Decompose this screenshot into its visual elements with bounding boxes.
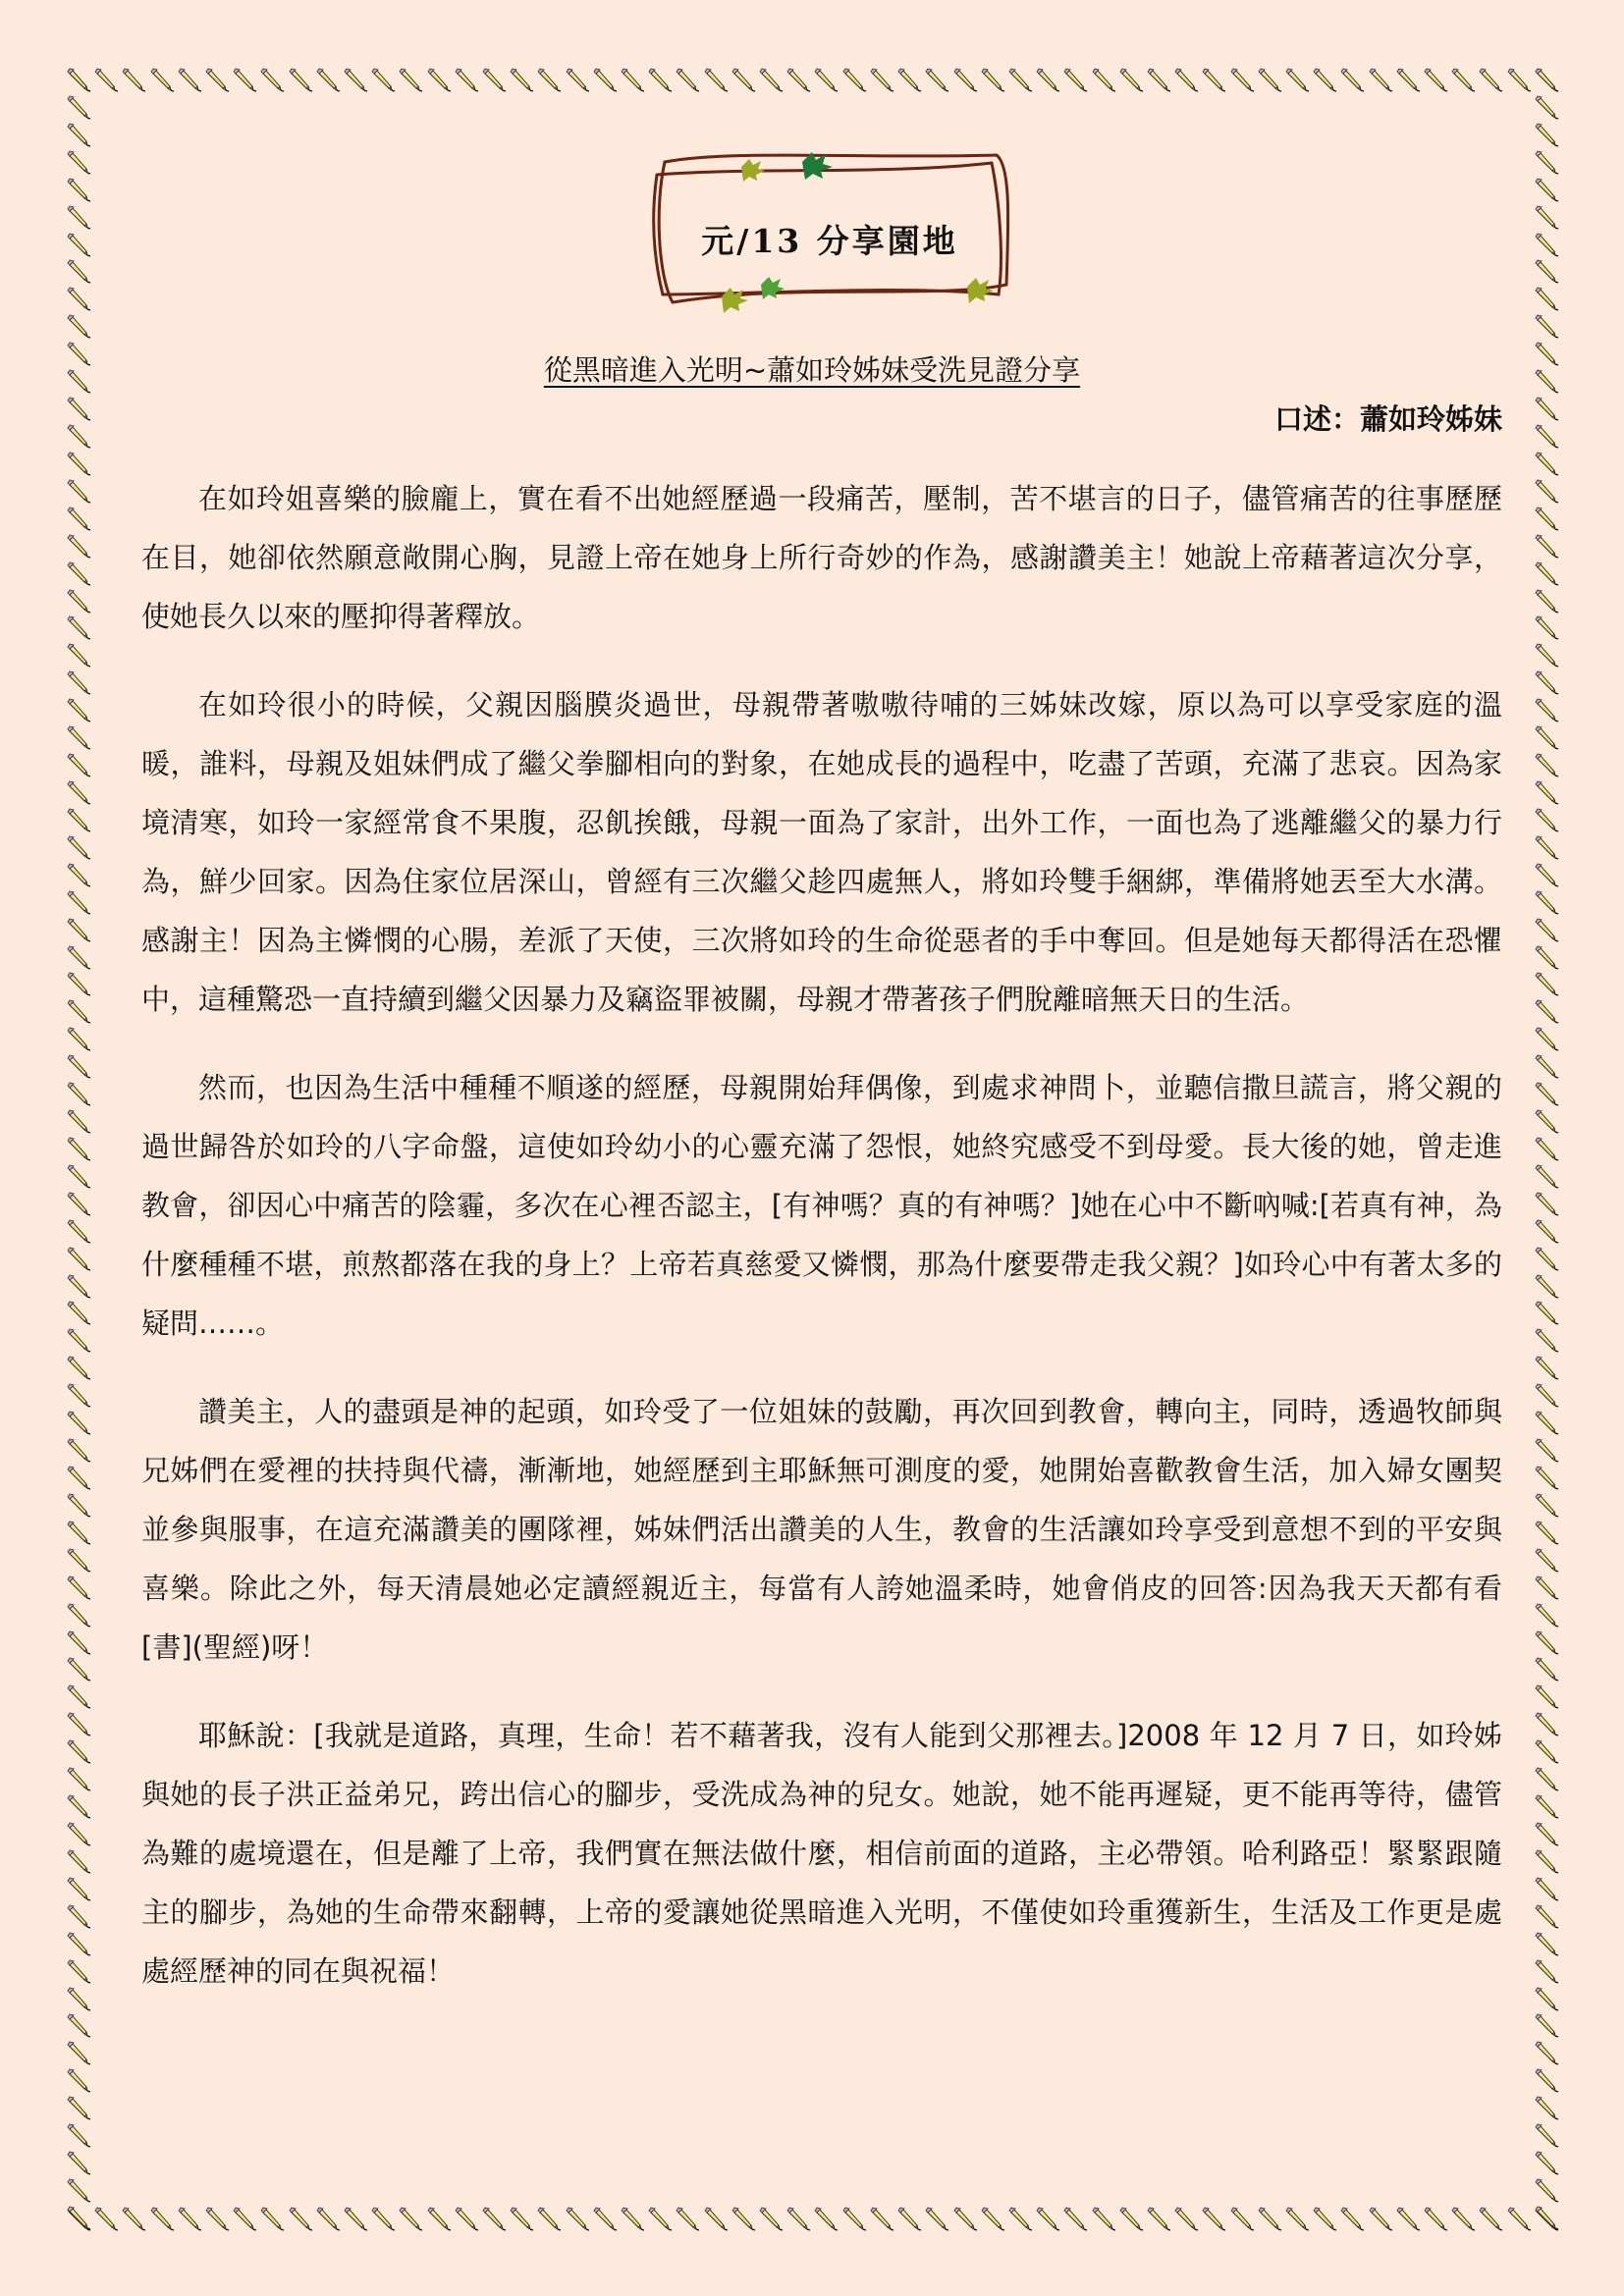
pencil-icon	[565, 2206, 590, 2231]
pencil-icon	[66, 1191, 91, 1216]
pencil-icon	[66, 1903, 91, 1929]
article-title: 從黑暗進入光明~蕭如玲姊妹受洗見證分享	[0, 348, 1624, 389]
pencil-icon	[66, 1273, 91, 1299]
pencil-icon	[1534, 2067, 1559, 2093]
pencil-icon	[896, 67, 922, 92]
pencil-icon	[1534, 67, 1559, 92]
pencil-icon	[1534, 2177, 1559, 2203]
pencil-icon	[1534, 1136, 1559, 1161]
pencil-icon	[1534, 697, 1559, 722]
pencil-icon	[1534, 834, 1559, 860]
pencil-icon	[66, 1575, 91, 1600]
pencil-icon	[1534, 1273, 1559, 1299]
pencil-icon	[66, 889, 91, 915]
section-title-frame: 元/13 分享園地	[643, 137, 1016, 314]
pencil-icon	[1534, 1026, 1559, 1051]
pencil-icon	[1534, 642, 1559, 667]
pencil-icon	[1534, 478, 1559, 504]
pencil-icon	[481, 67, 507, 92]
pencil-icon	[1007, 67, 1033, 92]
pencil-icon	[66, 2067, 91, 2093]
pencil-icon	[703, 67, 729, 92]
pencil-icon	[1534, 2095, 1559, 2120]
pencil-icon	[869, 67, 894, 92]
pencil-icon	[1534, 1848, 1559, 1874]
pencil-icon	[66, 1793, 91, 1819]
pencil-icon	[66, 971, 91, 996]
pencil-icon	[1478, 67, 1503, 92]
pencil-icon	[1062, 2206, 1088, 2231]
pencil-icon	[536, 67, 562, 92]
pencil-icon	[731, 67, 756, 92]
pencil-icon	[66, 834, 91, 860]
pencil-icon	[509, 2206, 534, 2231]
pencil-icon	[1534, 1410, 1559, 1435]
pencil-icon	[315, 2206, 341, 2231]
pencil-icon	[343, 2206, 368, 2231]
pencil-icon	[66, 1876, 91, 1901]
pencil-icon	[758, 67, 784, 92]
pencil-icon	[370, 67, 396, 92]
pencil-icon	[1534, 1986, 1559, 2011]
pencil-icon	[1534, 94, 1559, 120]
pencil-icon	[66, 94, 91, 120]
pencil-icon	[565, 67, 590, 92]
pencil-icon	[1534, 1465, 1559, 1490]
pencil-icon	[1534, 2122, 1559, 2148]
pencil-icon	[1534, 423, 1559, 449]
pencil-icon	[288, 2206, 313, 2231]
pencil-icon	[841, 67, 867, 92]
pencil-icon	[647, 2206, 673, 2231]
pencil-icon	[675, 2206, 700, 2231]
pencil-icon	[1368, 2206, 1393, 2231]
pencil-icon	[1534, 862, 1559, 887]
pencil-icon	[1534, 971, 1559, 996]
pencil-icon	[66, 1465, 91, 1490]
pencil-icon	[121, 2206, 146, 2231]
pencil-icon	[66, 642, 91, 667]
pencil-icon	[66, 451, 91, 476]
pencil-icon	[1506, 2206, 1532, 2231]
pencil-icon	[66, 1355, 91, 1380]
paragraph: 讚美主，人的盡頭是神的起頭，如玲受了一位姐妹的鼓勵，再次回到教會，轉向主，同時，…	[141, 1382, 1502, 1677]
pencil-icon	[66, 396, 91, 421]
pencil-icon	[177, 67, 202, 92]
pencil-icon	[924, 2206, 949, 2231]
pencil-icon	[1534, 533, 1559, 559]
pencil-icon	[66, 1738, 91, 1764]
pencil-icon	[204, 67, 230, 92]
pencil-icon	[149, 2206, 175, 2231]
pencil-icon	[66, 1986, 91, 2011]
pencil-icon	[454, 67, 479, 92]
pencil-icon	[1534, 1163, 1559, 1189]
pencil-icon	[1534, 1246, 1559, 1271]
pencil-icon	[1534, 917, 1559, 942]
pencil-icon	[66, 1547, 91, 1573]
pencil-icon	[1395, 2206, 1421, 2231]
pencil-icon	[1091, 67, 1116, 92]
pencil-icon	[1534, 1821, 1559, 1846]
pencil-border-right	[1534, 67, 1559, 2231]
pencil-icon	[66, 1931, 91, 1956]
pencil-icon	[66, 1382, 91, 1408]
pencil-icon	[813, 67, 839, 92]
pencil-icon	[288, 67, 313, 92]
pencil-icon	[1534, 807, 1559, 832]
pencil-icon	[924, 67, 949, 92]
pencil-icon	[1368, 67, 1393, 92]
pencil-icon	[204, 2206, 230, 2231]
pencil-icon	[1534, 724, 1559, 750]
pencil-icon	[1257, 67, 1282, 92]
pencil-icon	[66, 1848, 91, 1874]
pencil-icon	[1312, 2206, 1337, 2231]
pencil-icon	[66, 232, 91, 257]
pencil-icon	[66, 478, 91, 504]
pencil-icon	[1450, 2206, 1476, 2231]
pencil-icon	[620, 2206, 645, 2231]
pencil-icon	[426, 67, 452, 92]
pencil-icon	[1229, 2206, 1255, 2231]
section-title: 元/13 分享園地	[643, 216, 1016, 262]
pencil-icon	[1534, 1602, 1559, 1628]
pencil-icon	[1534, 204, 1559, 230]
pencil-icon	[66, 2150, 91, 2175]
pencil-icon	[66, 423, 91, 449]
pencil-icon	[1534, 1382, 1559, 1408]
pencil-icon	[1534, 752, 1559, 777]
pencil-icon	[509, 67, 534, 92]
pencil-icon	[785, 2206, 811, 2231]
pencil-icon	[1534, 1876, 1559, 1901]
pencil-icon	[1118, 67, 1144, 92]
pencil-icon	[93, 67, 119, 92]
pencil-icon	[66, 1081, 91, 1106]
pencil-icon	[1534, 1218, 1559, 1244]
pencil-icon	[1534, 451, 1559, 476]
pencil-icon	[1506, 67, 1532, 92]
pencil-icon	[66, 533, 91, 559]
pencil-icon	[1534, 2012, 1559, 2038]
pencil-icon	[66, 862, 91, 887]
pencil-icon	[1534, 232, 1559, 257]
pencil-icon	[66, 724, 91, 750]
pencil-icon	[536, 2206, 562, 2231]
pencil-icon	[398, 2206, 423, 2231]
pencil-icon	[1534, 588, 1559, 614]
pencil-icon	[813, 2206, 839, 2231]
pencil-icon	[66, 917, 91, 942]
pencil-icon	[1534, 1300, 1559, 1325]
pencil-icon	[1534, 1355, 1559, 1380]
pencil-icon	[1423, 67, 1448, 92]
pencil-icon	[370, 2206, 396, 2231]
pencil-icon	[1534, 1081, 1559, 1106]
pencil-icon	[66, 944, 91, 970]
pencil-icon	[703, 2206, 729, 2231]
pencil-icon	[1534, 1793, 1559, 1819]
pencil-border-left	[66, 67, 91, 2231]
pencil-icon	[1534, 313, 1559, 339]
pencil-icon	[66, 1053, 91, 1079]
pencil-icon	[1534, 396, 1559, 421]
narrator-credit: 口述：蕭如玲姊妹	[1274, 398, 1502, 438]
pencil-icon	[1146, 2206, 1171, 2231]
pencil-icon	[66, 1026, 91, 1051]
pencil-icon	[66, 752, 91, 777]
pencil-icon	[93, 2206, 119, 2231]
pencil-icon	[1229, 67, 1255, 92]
pencil-icon	[426, 2206, 452, 2231]
paragraph: 耶穌說：[我就是道路，真理，生命！若不藉著我，沒有人能到父那裡去。]2008 年…	[141, 1706, 1502, 2001]
pencil-icon	[66, 258, 91, 284]
pencil-icon	[1534, 1547, 1559, 1573]
pencil-icon	[785, 67, 811, 92]
pencil-icon	[66, 614, 91, 640]
pencil-icon	[1534, 1931, 1559, 1956]
pencil-icon	[259, 2206, 285, 2231]
pencil-icon	[454, 2206, 479, 2231]
pencil-icon	[66, 807, 91, 832]
pencil-icon	[66, 506, 91, 531]
pencil-icon	[66, 1683, 91, 1709]
pencil-icon	[647, 67, 673, 92]
pencil-icon	[66, 1492, 91, 1518]
pencil-icon	[1284, 67, 1310, 92]
pencil-icon	[1534, 1327, 1559, 1353]
pencil-icon	[66, 286, 91, 311]
pencil-icon	[177, 2206, 202, 2231]
pencil-icon	[66, 1246, 91, 1271]
pencil-icon	[66, 204, 91, 230]
pencil-icon	[66, 1520, 91, 1545]
pencil-icon	[66, 122, 91, 147]
pencil-icon	[1312, 67, 1337, 92]
pencil-icon	[343, 67, 368, 92]
pencil-icon	[1284, 2206, 1310, 2231]
article-body: 在如玲姐喜樂的臉龐上，實在看不出她經歷過一段痛苦，壓制，苦不堪言的日子，儘管痛苦…	[141, 469, 1502, 2030]
pencil-icon	[592, 2206, 618, 2231]
pencil-icon	[1534, 2150, 1559, 2175]
pencil-icon	[1450, 67, 1476, 92]
pencil-icon	[1534, 998, 1559, 1024]
pencil-icon	[675, 67, 700, 92]
pencil-icon	[1035, 67, 1060, 92]
pencil-icon	[481, 2206, 507, 2231]
pencil-icon	[1534, 889, 1559, 915]
pencil-icon	[66, 2122, 91, 2148]
pencil-icon	[1534, 149, 1559, 175]
pencil-icon	[731, 2206, 756, 2231]
pencil-icon	[1173, 2206, 1199, 2231]
pencil-icon	[1534, 2040, 1559, 2065]
pencil-icon	[1534, 1108, 1559, 1134]
pencil-icon	[1534, 1437, 1559, 1463]
pencil-icon	[66, 2040, 91, 2065]
pencil-icon	[66, 1821, 91, 1846]
pencil-icon	[66, 2095, 91, 2120]
pencil-icon	[1035, 2206, 1060, 2231]
pencil-icon	[1091, 2206, 1116, 2231]
pencil-icon	[66, 1163, 91, 1189]
pencil-icon	[66, 1437, 91, 1463]
pencil-icon	[66, 1958, 91, 1984]
pencil-icon	[1534, 122, 1559, 147]
paragraph: 然而，也因為生活中種種不順遂的經歷，母親開始拜偶像，到處求神問卜，並聽信撒旦謊言…	[141, 1058, 1502, 1353]
pencil-icon	[259, 67, 285, 92]
pencil-icon	[66, 1300, 91, 1325]
pencil-icon	[66, 1108, 91, 1134]
pencil-icon	[315, 67, 341, 92]
pencil-icon	[1534, 561, 1559, 586]
pencil-icon	[398, 67, 423, 92]
pencil-icon	[121, 67, 146, 92]
pencil-icon	[66, 2012, 91, 2038]
pencil-icon	[758, 2206, 784, 2231]
pencil-icon	[1339, 67, 1365, 92]
pencil-icon	[1534, 258, 1559, 284]
pencil-icon	[66, 1410, 91, 1435]
pencil-icon	[1534, 1492, 1559, 1518]
pencil-icon	[1423, 2206, 1448, 2231]
pencil-icon	[980, 2206, 1005, 2231]
pencil-icon	[592, 67, 618, 92]
pencil-icon	[1534, 1656, 1559, 1682]
pencil-icon	[1534, 2205, 1559, 2230]
pencil-icon	[841, 2206, 867, 2231]
pencil-icon	[66, 669, 91, 695]
pencil-icon	[66, 1136, 91, 1161]
pencil-icon	[66, 697, 91, 722]
pencil-icon	[952, 67, 978, 92]
pencil-icon	[896, 2206, 922, 2231]
pencil-icon	[1201, 67, 1226, 92]
pencil-icon	[66, 2177, 91, 2203]
pencil-icon	[66, 1327, 91, 1353]
pencil-border-bottom	[66, 2206, 1559, 2231]
pencil-icon	[1062, 67, 1088, 92]
pencil-icon	[1339, 2206, 1365, 2231]
pencil-icon	[1534, 286, 1559, 311]
pencil-icon	[232, 67, 257, 92]
pencil-icon	[66, 1766, 91, 1791]
pencil-icon	[66, 1218, 91, 1244]
pencil-icon	[1257, 2206, 1282, 2231]
pencil-icon	[1007, 2206, 1033, 2231]
pencil-icon	[1534, 944, 1559, 970]
pencil-icon	[1534, 506, 1559, 531]
pencil-icon	[1534, 1053, 1559, 1079]
pencil-icon	[1534, 614, 1559, 640]
pencil-icon	[66, 1711, 91, 1736]
pencil-icon	[1534, 669, 1559, 695]
pencil-icon	[66, 1602, 91, 1628]
pencil-icon	[66, 177, 91, 202]
pencil-icon	[1534, 1958, 1559, 1984]
pencil-icon	[66, 588, 91, 614]
pencil-icon	[66, 1629, 91, 1655]
pencil-icon	[1534, 1766, 1559, 1791]
paragraph: 在如玲姐喜樂的臉龐上，實在看不出她經歷過一段痛苦，壓制，苦不堪言的日子，儘管痛苦…	[141, 469, 1502, 646]
pencil-icon	[1173, 67, 1199, 92]
pencil-icon	[980, 67, 1005, 92]
pencil-icon	[1534, 1711, 1559, 1736]
pencil-icon	[1146, 67, 1171, 92]
pencil-icon	[869, 2206, 894, 2231]
paragraph: 在如玲很小的時候，父親因腦膜炎過世，母親帶著嗷嗷待哺的三姊妹改嫁，原以為可以享受…	[141, 675, 1502, 1029]
pencil-icon	[1478, 2206, 1503, 2231]
pencil-icon	[232, 2206, 257, 2231]
pencil-icon	[66, 2205, 91, 2230]
pencil-icon	[620, 67, 645, 92]
pencil-icon	[66, 779, 91, 805]
pencil-icon	[952, 2206, 978, 2231]
pencil-icon	[1534, 177, 1559, 202]
pencil-icon	[1534, 1575, 1559, 1600]
pencil-icon	[1534, 1191, 1559, 1216]
pencil-icon	[66, 67, 91, 92]
pencil-icon	[66, 561, 91, 586]
pencil-border-top	[66, 67, 1559, 92]
pencil-icon	[66, 149, 91, 175]
pencil-icon	[149, 67, 175, 92]
pencil-icon	[66, 1656, 91, 1682]
pencil-icon	[66, 313, 91, 339]
pencil-icon	[66, 998, 91, 1024]
pencil-icon	[1201, 2206, 1226, 2231]
pencil-icon	[1534, 1738, 1559, 1764]
pencil-icon	[1534, 1683, 1559, 1709]
pencil-icon	[1118, 2206, 1144, 2231]
pencil-icon	[1534, 1903, 1559, 1929]
pencil-icon	[1534, 1520, 1559, 1545]
pencil-icon	[1395, 67, 1421, 92]
pencil-icon	[1534, 1629, 1559, 1655]
pencil-icon	[1534, 779, 1559, 805]
